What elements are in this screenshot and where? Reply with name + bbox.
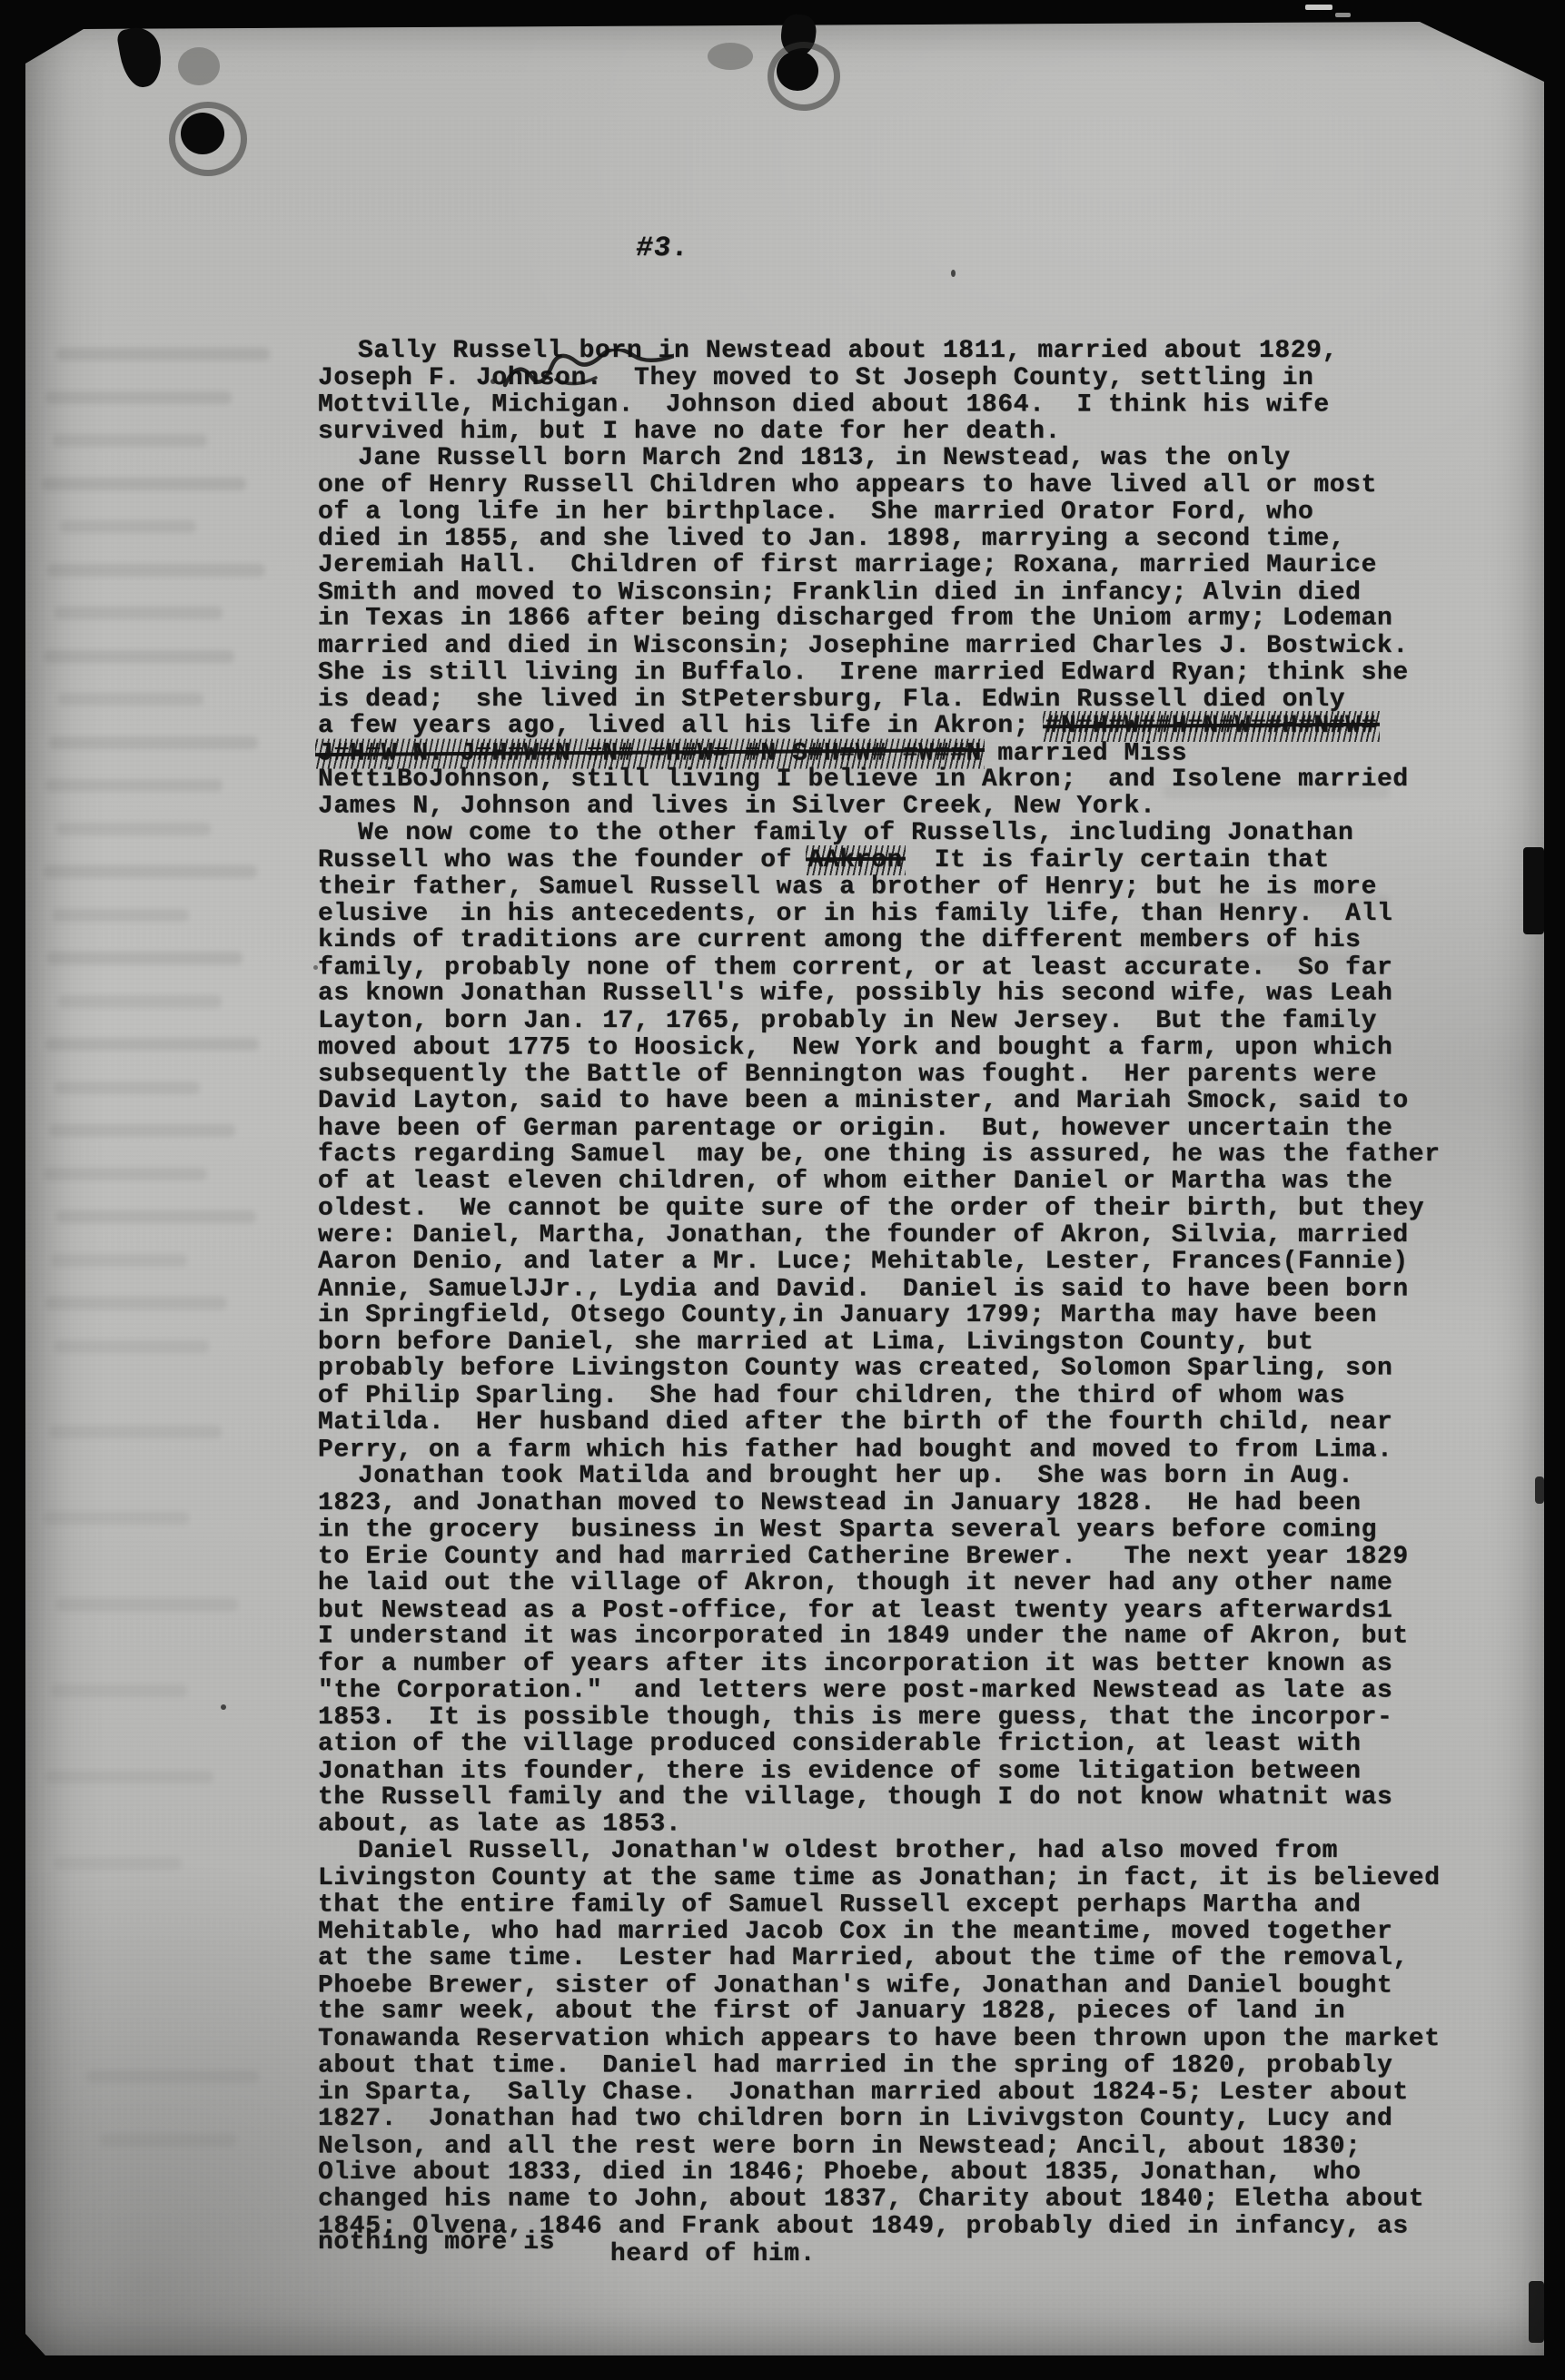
ghost-line	[54, 1340, 209, 1353]
text-segment: Russell who was the founder of	[318, 846, 808, 874]
text-line: for a number of years after its incorpor…	[318, 1651, 1471, 1678]
text-line: kinds of traditions are current among th…	[318, 927, 1471, 954]
ghost-line	[53, 909, 189, 922]
text-segment: 1853. It is possible though, this is mer…	[318, 1704, 1392, 1732]
text-line: facts regarding Samuel may be, one thing…	[318, 1141, 1471, 1169]
text-segment: in Springfield, Otsego County,in January…	[318, 1301, 1377, 1329]
ghost-line	[42, 478, 246, 490]
text-segment: changed his name to John, about 1837, Ch…	[318, 2185, 1424, 2213]
fastener-shadow-right	[708, 43, 753, 70]
ghost-line	[54, 1857, 182, 1870]
text-line: Nelson, and all the rest were born in Ne…	[318, 2133, 1471, 2160]
text-segment: subsequently the Battle of Bennington wa…	[318, 1061, 1377, 1089]
text-segment: Jane Russell born March 2nd 1813, in New…	[358, 444, 1291, 472]
text-segment: Layton, born Jan. 17, 1765, probably in …	[318, 1007, 1377, 1035]
text-segment: nothing more is	[318, 2228, 555, 2257]
text-segment: David Layton, said to have been a minist…	[318, 1087, 1409, 1115]
text-line: David Layton, said to have been a minist…	[318, 1088, 1471, 1115]
text-segment: It is fairly certain that	[903, 846, 1330, 874]
text-segment: that the entire family of Samuel Russell…	[318, 1891, 1362, 1920]
text-line: in Springfield, Otsego County,in January…	[318, 1302, 1471, 1329]
text-segment: have been of German parentage or origin.…	[318, 1114, 1392, 1142]
text-line: of at least eleven children, of whom eit…	[318, 1168, 1471, 1195]
ghost-line	[56, 823, 211, 835]
ghost-line	[56, 348, 270, 360]
text-segment: the samr week, about the first of Januar…	[318, 1998, 1345, 2026]
ghost-line	[86, 2070, 259, 2083]
text-line: one of Henry Russell Children who appear…	[318, 472, 1471, 499]
page-number: #3.	[634, 232, 691, 264]
text-segment: Joseph F. Johnson. They moved to St Jose…	[318, 364, 1313, 392]
text-line: of Philip Sparling. She had four childre…	[318, 1383, 1471, 1410]
text-line: that the entire family of Samuel Russell…	[318, 1892, 1471, 1920]
text-segment: Mottville, Michigan. Johnson died about …	[318, 391, 1330, 420]
text-segment: in the grocery business in West Sparta s…	[318, 1516, 1377, 1545]
text-line: Tonawanda Reservation which appears to h…	[318, 2026, 1471, 2053]
typed-text: Sally Russell born in Newstead about 181…	[318, 338, 1471, 2260]
ink-speck	[313, 965, 318, 970]
text-line: Jane Russell born March 2nd 1813, in New…	[318, 445, 1471, 472]
text-segment: facts regarding Samuel may be, one thing…	[318, 1141, 1441, 1169]
ghost-line	[58, 693, 203, 706]
text-line: We now come to the other family of Russe…	[318, 820, 1471, 847]
text-line: I understand it was incorporated in 1849…	[318, 1624, 1471, 1651]
text-segment: James N, Johnson and lives in Silver Cre…	[318, 792, 1155, 820]
ink-speck	[951, 270, 956, 277]
text-segment: Daniel Russell, Jonathan'w oldest brothe…	[358, 1837, 1338, 1865]
ghost-line	[47, 952, 243, 964]
text-segment: born before Daniel, she married at Lima,…	[318, 1328, 1313, 1357]
text-segment: She is still living in Buffalo. Irene ma…	[318, 659, 1409, 687]
text-segment: Jonathan its founder, there is evidence …	[318, 1757, 1362, 1785]
ghost-line	[44, 1512, 189, 1525]
text-line: is dead; she lived in StPetersburg, Fla.…	[318, 686, 1471, 714]
ghost-line	[47, 564, 265, 577]
text-segment: married Miss	[982, 739, 1187, 767]
struck-text: J#H#W N. J#H#W#N #N# #H#W# #N S#H#W# #W#…	[318, 740, 982, 767]
text-line: changed his name to John, about 1837, Ch…	[318, 2186, 1471, 2213]
ghost-line	[58, 995, 222, 1008]
text-line: survived him, but I have no date for her…	[318, 419, 1471, 446]
text-line: "the Corporation." and letters were post…	[318, 1678, 1471, 1705]
text-line: Livingston County at the same time as Jo…	[318, 1865, 1471, 1892]
text-segment: Perry, on a farm which his father had bo…	[318, 1436, 1392, 1464]
ghost-line	[49, 736, 258, 749]
text-line: ation of the village produced considerab…	[318, 1731, 1471, 1758]
text-line: as known Jonathan Russell's wife, possib…	[318, 981, 1471, 1008]
text-segment: survived him, but I have no date for her…	[318, 418, 1061, 446]
text-line: have been of German parentage or origin.…	[318, 1115, 1471, 1142]
text-segment: oldest. We cannot be quite sure of the o…	[318, 1195, 1424, 1223]
text-segment: for a number of years after its incorpor…	[318, 1650, 1392, 1678]
text-line: She is still living in Buffalo. Irene ma…	[318, 660, 1471, 687]
text-segment: Jeremiah Hall. Children of first marriag…	[318, 551, 1377, 579]
text-line: were: Daniel, Martha, Jonathan, the foun…	[318, 1222, 1471, 1249]
text-line: the Russell family and the village, thou…	[318, 1784, 1471, 1812]
text-segment: in Texas in 1866 after being discharged …	[318, 605, 1392, 633]
text-line: subsequently the Battle of Bennington wa…	[318, 1062, 1471, 1089]
text-line: born before Daniel, she married at Lima,…	[318, 1329, 1471, 1357]
ghost-line	[44, 1168, 207, 1180]
text-line: Layton, born Jan. 17, 1765, probably in …	[318, 1008, 1471, 1035]
text-line: Mottville, Michigan. Johnson died about …	[318, 392, 1471, 420]
text-segment: to Erie County and had married Catherine…	[318, 1543, 1409, 1571]
text-segment: Nelson, and all the rest were born in Ne…	[318, 2132, 1362, 2160]
punch-hole-right-icon	[777, 51, 818, 91]
paragraph: We now come to the other family of Russe…	[318, 820, 1471, 1463]
text-segment: Smith and moved to Wisconsin; Franklin d…	[318, 578, 1362, 607]
scanned-page-stage: #3. Sally Russell born in Newstead about…	[0, 0, 1565, 2380]
text-line: Smith and moved to Wisconsin; Franklin d…	[318, 579, 1471, 607]
text-segment: he laid out the village of Akron, though…	[318, 1569, 1392, 1597]
text-line: Olive about 1833, died in 1846; Phoebe, …	[318, 2159, 1471, 2187]
text-segment: in Sparta, Sally Chase. Jonathan married…	[318, 2079, 1409, 2107]
ghost-line	[60, 520, 196, 533]
text-segment: of a long life in her birthplace. She ma…	[318, 499, 1313, 527]
text-segment: moved about 1775 to Hoosick, New York an…	[318, 1034, 1392, 1062]
text-segment: Olive about 1833, died in 1846; Phoebe, …	[318, 2158, 1362, 2187]
paragraph: Daniel Russell, Jonathan'w oldest brothe…	[318, 1838, 1471, 2260]
ghost-line	[45, 779, 223, 792]
scan-streak	[1529, 2281, 1544, 2343]
ink-speck	[221, 1704, 226, 1710]
text-segment: 1823, and Jonathan moved to Newstead in …	[318, 1489, 1362, 1517]
text-segment: Livingston County at the same time as Jo…	[318, 1864, 1441, 1892]
text-segment: of at least eleven children, of whom eit…	[318, 1167, 1392, 1195]
text-segment: about that time. Daniel had married in t…	[318, 2052, 1392, 2080]
text-line: Phoebe Brewer, sister of Jonathan's wife…	[318, 1972, 1471, 2000]
text-line: a few years ago, lived all his life in A…	[318, 713, 1471, 740]
ghost-line	[56, 1598, 238, 1611]
punch-hole-left-icon	[181, 113, 224, 154]
text-line: Sally Russell born in Newstead about 181…	[318, 338, 1471, 365]
text-line: Matilda. Her husband died after the birt…	[318, 1409, 1471, 1437]
text-line: Perry, on a farm which his father had bo…	[318, 1437, 1471, 1464]
text-line: Annie, SamuelJJr., Lydia and David. Dani…	[318, 1276, 1471, 1303]
text-segment: a few years ago, lived all his life in A…	[318, 712, 1045, 740]
text-segment: of Philip Sparling. She had four childre…	[318, 1382, 1345, 1410]
text-line: Daniel Russell, Jonathan'w oldest brothe…	[318, 1838, 1471, 1865]
text-line: in the grocery business in West Sparta s…	[318, 1517, 1471, 1545]
ghost-line	[54, 607, 223, 619]
text-segment: Phoebe Brewer, sister of Jonathan's wife…	[318, 1971, 1392, 2000]
ghost-line	[54, 1081, 200, 1094]
text-segment: at the same time. Lester had Married, ab…	[318, 1944, 1409, 1972]
text-segment: but Newstead as a Post-office, for at le…	[318, 1596, 1392, 1625]
text-segment: Aaron Denio, and later a Mr. Luce; Mehit…	[318, 1248, 1409, 1276]
ghost-line	[49, 1124, 235, 1137]
fastener-shadow-left	[178, 47, 220, 85]
paragraph: Jonathan took Matilda and brought her up…	[318, 1463, 1471, 1838]
text-segment: one of Henry Russell Children who appear…	[318, 471, 1377, 499]
text-line: Jonathan its founder, there is evidence …	[318, 1758, 1471, 1785]
paragraph: Jane Russell born March 2nd 1813, in New…	[318, 445, 1471, 820]
text-segment: about, as late as 1853.	[318, 1810, 681, 1838]
struck-text: AAkron	[808, 847, 903, 874]
ghost-line	[100, 2134, 236, 2147]
text-segment: died in 1855, and she lived to Jan. 1898…	[318, 525, 1345, 553]
scan-streak	[1523, 847, 1544, 934]
text-line: 1823, and Jonathan moved to Newstead in …	[318, 1490, 1471, 1517]
text-segment: "the Corporation." and letters were post…	[318, 1677, 1392, 1705]
text-segment: Mehitable, who had married Jacob Cox in …	[318, 1918, 1392, 1946]
text-segment: ation of the village produced considerab…	[318, 1730, 1362, 1758]
paragraph: Sally Russell born in Newstead about 181…	[318, 338, 1471, 445]
text-segment: I understand it was incorporated in 1849…	[318, 1623, 1409, 1651]
text-line: he laid out the village of Akron, though…	[318, 1570, 1471, 1597]
scan-artifact-dash	[1335, 13, 1351, 17]
text-line: oldest. We cannot be quite sure of the o…	[318, 1196, 1471, 1223]
text-segment: were: Daniel, Martha, Jonathan, the foun…	[318, 1221, 1409, 1249]
text-segment: probably before Livingston County was cr…	[318, 1355, 1392, 1383]
ghost-line	[44, 650, 234, 663]
ghost-line	[45, 1038, 259, 1051]
ghost-line	[51, 1684, 187, 1697]
text-line: married and died in Wisconsin; Josephine…	[318, 633, 1471, 660]
text-line: about, as late as 1853.	[318, 1811, 1471, 1838]
ghost-line	[1199, 894, 1390, 907]
ink-speck	[490, 379, 496, 384]
text-line: Russell who was the founder of AAkron It…	[318, 847, 1471, 874]
text-line: J#H#W N. J#H#W#N #N# #H#W# #N S#H#W# #W#…	[318, 740, 1471, 767]
text-segment: is dead; she lived in StPetersburg, Fla.…	[318, 686, 1345, 714]
text-segment: Matilda. Her husband died after the birt…	[318, 1408, 1392, 1437]
text-line: Jonathan took Matilda and brought her up…	[318, 1463, 1471, 1490]
text-line: at the same time. Lester had Married, ab…	[318, 1945, 1471, 1972]
text-segment: the Russell family and the village, thou…	[318, 1783, 1392, 1812]
text-segment: heard of him.	[579, 2240, 816, 2268]
text-line: Jeremiah Hall. Children of first marriag…	[318, 552, 1471, 579]
text-line: in Sparta, Sally Chase. Jonathan married…	[318, 2079, 1471, 2107]
ghost-line	[1144, 953, 1362, 966]
text-line: Aaron Denio, and later a Mr. Luce; Mehit…	[318, 1249, 1471, 1276]
text-segment: We now come to the other family of Russe…	[358, 819, 1353, 847]
ghost-line	[53, 434, 207, 447]
ghost-line	[45, 1771, 213, 1783]
text-segment: married and died in Wisconsin; Josephine…	[318, 632, 1409, 660]
text-line: 1853. It is possible though, this is mer…	[318, 1704, 1471, 1732]
struck-text: #N#H#W##H#N#W##H#N#W#	[1045, 713, 1377, 740]
ghost-line	[51, 1254, 187, 1267]
text-line: the samr week, about the first of Januar…	[318, 1999, 1471, 2026]
ghost-line	[49, 1426, 222, 1438]
scan-artifact-dash	[1305, 5, 1332, 10]
text-line: 1827. Jonathan had two children born in …	[318, 2106, 1471, 2133]
text-line: moved about 1775 to Hoosick, New York an…	[318, 1035, 1471, 1062]
ghost-line	[56, 1210, 256, 1223]
text-line: Joseph F. Johnson. They moved to St Jose…	[318, 365, 1471, 392]
text-line: to Erie County and had married Catherine…	[318, 1544, 1471, 1571]
ghost-line	[44, 865, 257, 878]
text-segment: 1827. Jonathan had two children born in …	[318, 2105, 1392, 2133]
ghost-line	[45, 1297, 227, 1309]
ghost-line	[45, 391, 232, 404]
text-segment: Tonawanda Reservation which appears to h…	[318, 2025, 1441, 2053]
text-line: in Texas in 1866 after being discharged …	[318, 606, 1471, 633]
text-segment: kinds of traditions are current among th…	[318, 926, 1362, 954]
text-line: died in 1855, and she lived to Jan. 1898…	[318, 526, 1471, 553]
text-segment: as known Jonathan Russell's wife, possib…	[318, 980, 1392, 1008]
text-line: probably before Livingston County was cr…	[318, 1356, 1471, 1383]
text-segment: Jonathan took Matilda and brought her up…	[358, 1462, 1353, 1490]
text-line: but Newstead as a Post-office, for at le…	[318, 1597, 1471, 1625]
text-line: about that time. Daniel had married in t…	[318, 2053, 1471, 2080]
text-line: of a long life in her birthplace. She ma…	[318, 499, 1471, 527]
text-segment: Annie, SamuelJJr., Lydia and David. Dani…	[318, 1275, 1409, 1303]
pen-scribble-icon	[501, 349, 674, 401]
ghost-line	[1163, 785, 1390, 798]
text-line: Mehitable, who had married Jacob Cox in …	[318, 1919, 1471, 1946]
scan-streak	[1535, 1476, 1544, 1504]
